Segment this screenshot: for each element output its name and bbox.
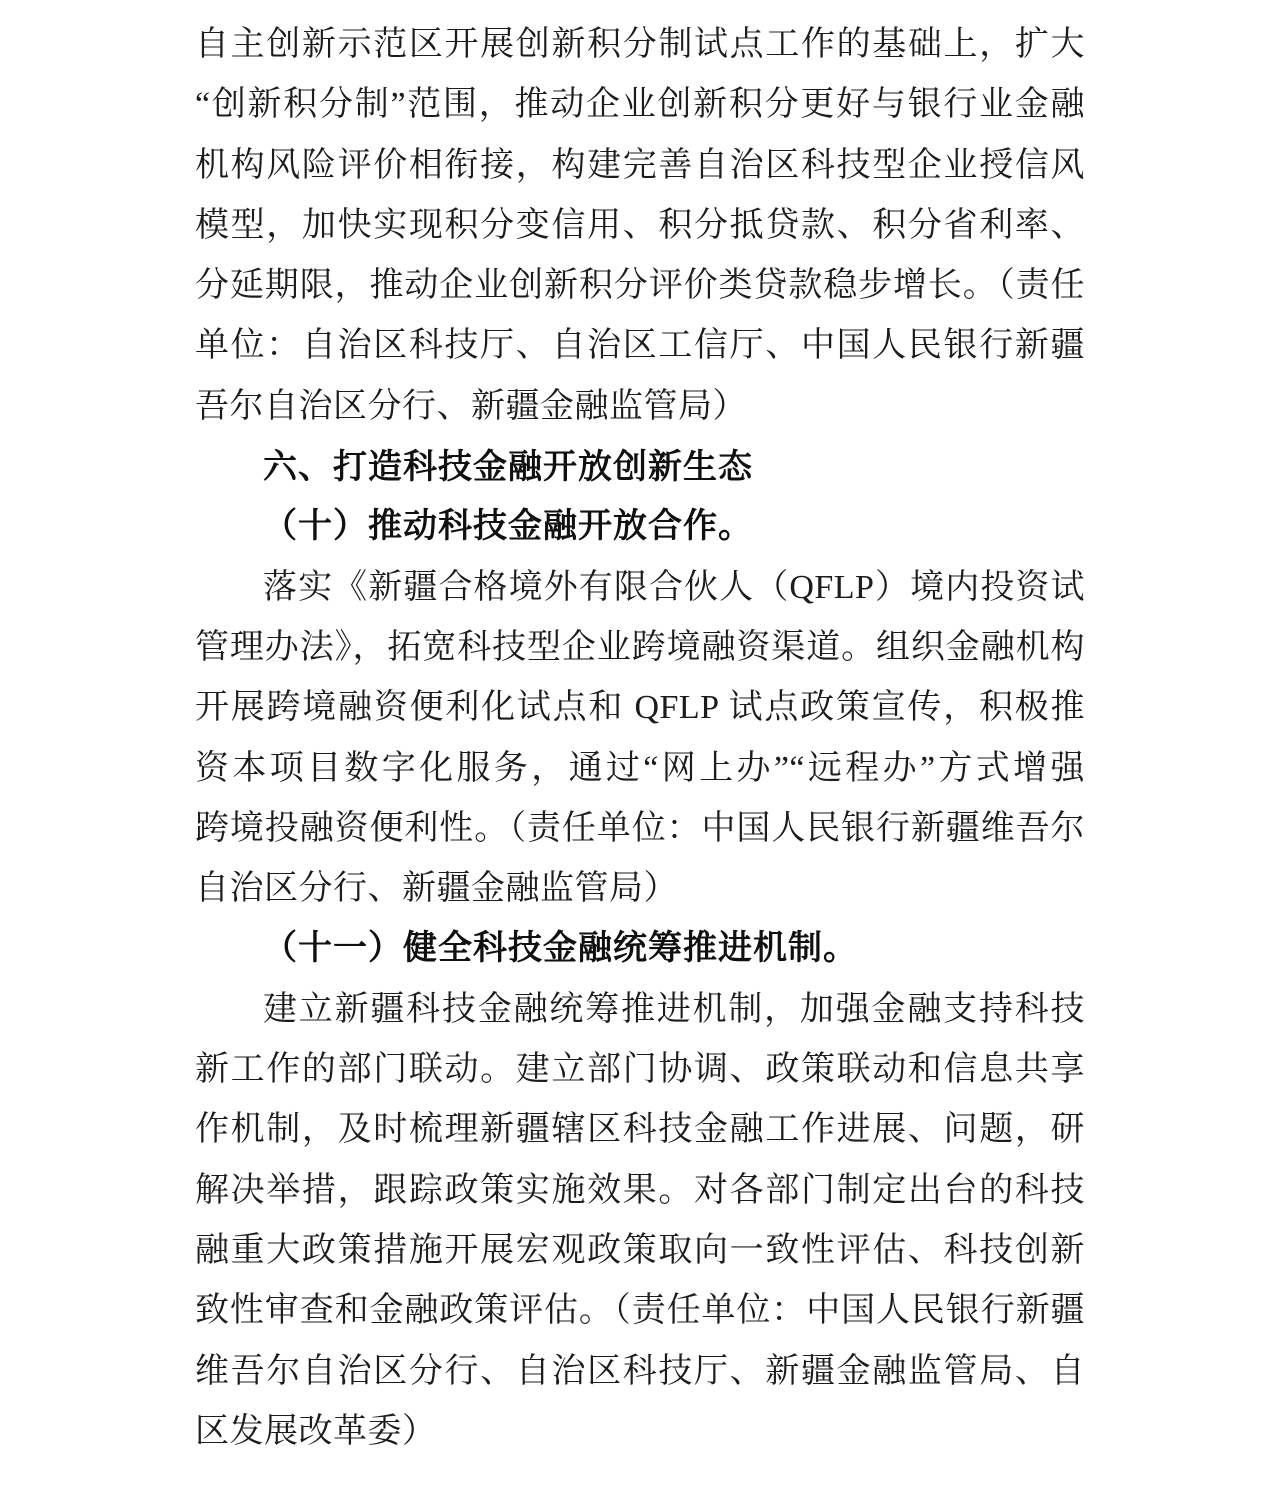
paragraph-line: 区发展改革委）	[195, 1402, 1085, 1462]
document-content: 自主创新示范区开展创新积分制试点工作的基础上，扩大“创新积分制”范围，推动企业创…	[0, 0, 1280, 1462]
paragraph-line: 自治区分行、新疆金融监管局）	[195, 859, 1085, 919]
paragraph-line: 自主创新示范区开展创新积分制试点工作的基础上，扩大	[195, 15, 1085, 75]
paragraph-line: 开展跨境融资便利化试点和 QFLP 试点政策宣传，积极推广	[195, 678, 1085, 738]
paragraph-line: 建立新疆科技金融统筹推进机制，加强金融支持科技创	[195, 980, 1085, 1040]
paragraph-line: 致性审查和金融政策评估。（责任单位：中国人民银行新疆	[195, 1281, 1085, 1341]
paragraph-line: 维吾尔自治区分行、自治区科技厅、新疆金融监管局、自治	[195, 1342, 1085, 1402]
paragraph-line: 跨境投融资便利性。（责任单位：中国人民银行新疆维吾尔	[195, 799, 1085, 859]
paragraph-line: 单位：自治区科技厅、自治区工信厅、中国人民银行新疆维	[195, 316, 1085, 376]
subsection-heading: （十）推动科技金融开放合作。	[195, 497, 1085, 557]
paragraph-line: 解决举措，跟踪政策实施效果。对各部门制定出台的科技金	[195, 1161, 1085, 1221]
paragraph-line: “创新积分制”范围，推动企业创新积分更好与银行业金融	[195, 75, 1085, 135]
document-page: 自主创新示范区开展创新积分制试点工作的基础上，扩大“创新积分制”范围，推动企业创…	[0, 0, 1280, 1495]
subsection-heading: （十一）健全科技金融统筹推进机制。	[195, 919, 1085, 979]
paragraph-line: 模型，加快实现积分变信用、积分抵贷款、积分省利率、积	[195, 196, 1085, 256]
paragraph-line: 落实《新疆合格境外有限合伙人（QFLP）境内投资试点	[195, 558, 1085, 618]
paragraph-line: 新工作的部门联动。建立部门协调、政策联动和信息共享工	[195, 1040, 1085, 1100]
paragraph-line: 作机制，及时梳理新疆辖区科技金融工作进展、问题，研究	[195, 1100, 1085, 1160]
paragraph-line: 吾尔自治区分行、新疆金融监管局）	[195, 377, 1085, 437]
section-heading: 六、打造科技金融开放创新生态	[195, 437, 1085, 497]
paragraph-line: 资本项目数字化服务，通过“网上办”“远程办”方式增强	[195, 739, 1085, 799]
paragraph-line: 分延期限，推动企业创新积分评价类贷款稳步增长。（责任	[195, 256, 1085, 316]
paragraph-line: 机构风险评价相衔接，构建完善自治区科技型企业授信风控	[195, 136, 1085, 196]
paragraph-line: 管理办法》，拓宽科技型企业跨境融资渠道。组织金融机构	[195, 618, 1085, 678]
paragraph-line: 融重大政策措施开展宏观政策取向一致性评估、科技创新一	[195, 1221, 1085, 1281]
